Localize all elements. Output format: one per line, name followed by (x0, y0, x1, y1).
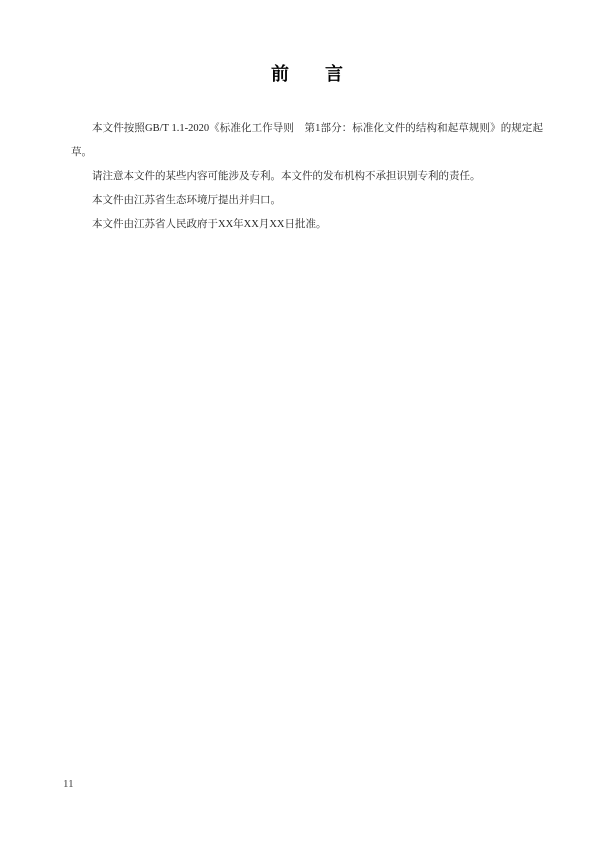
paragraph-patent-notice: 请注意本文件的某些内容可能涉及专利。本文件的发布机构不承担识别专利的责任。 (71, 165, 543, 189)
paragraph-drafting-basis: 本文件按照GB/T 1.1-2020《标准化工作导则 第1部分：标准化文件的结构… (71, 117, 543, 165)
document-page: 前 言 本文件按照GB/T 1.1-2020《标准化工作导则 第1部分：标准化文… (0, 0, 600, 848)
paragraph-proposing-body: 本文件由江苏省生态环境厅提出并归口。 (71, 189, 543, 213)
foreword-body: 本文件按照GB/T 1.1-2020《标准化工作导则 第1部分：标准化文件的结构… (71, 117, 543, 237)
page-number: 11 (63, 777, 74, 791)
page-title-text: 前 言 (271, 64, 343, 84)
paragraph-approval-date: 本文件由江苏省人民政府于XX年XX月XX日批准。 (71, 213, 543, 237)
page-title: 前 言 (0, 63, 600, 86)
